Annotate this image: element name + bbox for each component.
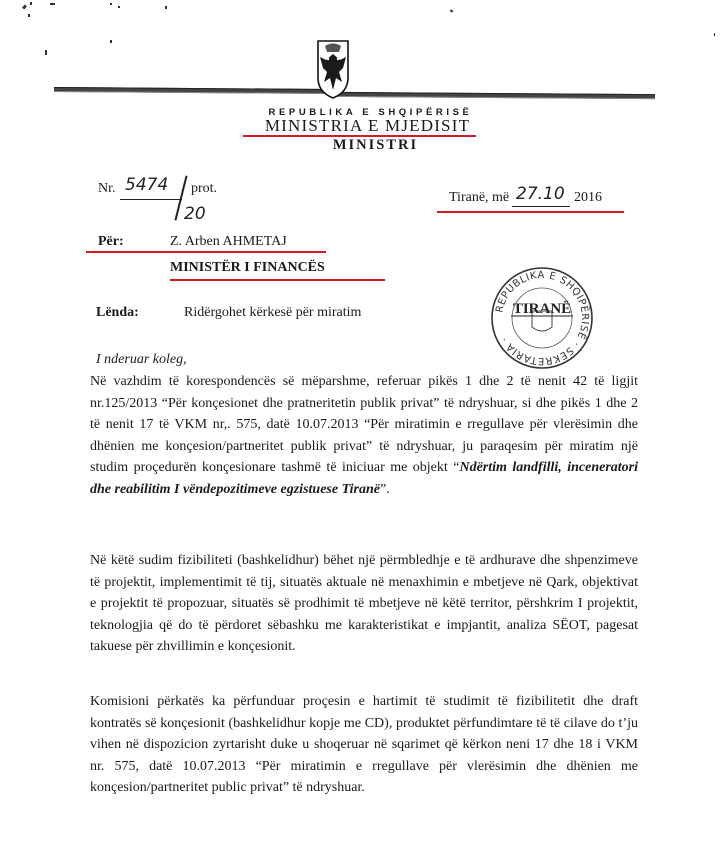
nr-underline: [120, 199, 182, 200]
paragraph-line: Komisioni përkatës ka përfunduar proçesi…: [90, 691, 638, 713]
paragraph-line: të nenit 17 të VKM nr,. 575, datë 10.07.…: [90, 414, 638, 436]
date-underline-annotation: [437, 211, 624, 213]
nr-label: Nr.: [98, 181, 116, 197]
paragraph-3: Komisioni përkatës ka përfunduar proçesi…: [90, 691, 638, 799]
paragraph-2: Në këtë sudim fizibiliteti (bashkelidhur…: [90, 550, 638, 658]
header-rule-right: [337, 92, 655, 99]
paragraph-line: studim proçedurën konçesionare tashmë të…: [90, 457, 638, 479]
paragraph-line: kontratës së konçesionit (bashkelidhur k…: [90, 713, 638, 735]
paragraph-line: teknologjia që do të përdoret sëbashku m…: [90, 615, 638, 637]
paragraph-line: dhe reabilitim I vëndepozitimeve egzistu…: [90, 479, 638, 501]
paragraph-line: e projektit të propozuar, situatës së pr…: [90, 593, 638, 615]
recipient-label: Për:: [98, 234, 124, 250]
official-stamp: REPUBLIKA E SHQIPËRISË · SEKRETARIA · TI…: [487, 263, 597, 373]
place-label: Tiranë, më: [449, 190, 509, 206]
paragraph-line: Në vazhdim të korespondencës së mëparshm…: [90, 371, 638, 393]
header-rule-left: [54, 87, 330, 94]
salutation: I nderuar koleg,: [96, 352, 187, 368]
date-handwritten: 27.10: [516, 184, 565, 204]
subject-text: Ridërgohet kërkesë për miratim: [184, 305, 361, 321]
svg-text:REPUBLIKA E SHQIPËRISË · SEKRE: REPUBLIKA E SHQIPËRISË · SEKRETARIA ·: [494, 270, 591, 366]
paragraph-line: dhënien me konçesion/partneritet publik …: [90, 436, 638, 458]
paragraph-line: takuese për zhvillimin e konçesionit.: [90, 636, 638, 658]
sub-value-handwritten: 20: [184, 204, 206, 224]
prot-label: prot.: [191, 181, 217, 197]
paragraph-line: nr.125/2013 “Për konçesionet dhe pratner…: [90, 393, 638, 415]
project-object-emphasis: Ndërtim landfilli, inceneratori: [459, 460, 638, 475]
title-underline-annotation: [170, 279, 385, 281]
subject-label: Lënda:: [96, 305, 139, 321]
nr-value-handwritten: 5474: [125, 175, 168, 195]
date-year: 2016: [574, 190, 602, 206]
date-underline: [512, 206, 570, 207]
project-object-emphasis-cont: dhe reabilitim I vëndepozitimeve egzistu…: [90, 482, 380, 497]
recipient-title: MINISTËR I FINANCËS: [170, 260, 325, 276]
paragraph-line: nr. 575, datë 10.07.2013 “Për miratimin …: [90, 756, 638, 778]
office-heading: MINISTRI: [0, 137, 723, 154]
paragraph-line: të projektit, implementimit të tij, situ…: [90, 572, 638, 594]
recipient-name: Z. Arben AHMETAJ: [170, 234, 287, 250]
paragraph-1: Në vazhdim të korespondencës së mëparshm…: [90, 371, 638, 501]
paragraph-line: vihen në dispozicion zyrtarisht duke u s…: [90, 734, 638, 756]
stamp-center-text: TIRANË: [513, 301, 571, 317]
paragraph-line: konçesion/partneritet public privat” të …: [90, 777, 638, 799]
line-suffix: ”.: [380, 482, 390, 497]
ministry-heading: MINISTRIA E MJEDISIT: [0, 116, 723, 136]
recipient-underline-annotation: [86, 251, 326, 253]
albanian-coat-of-arms-icon: [315, 38, 351, 100]
paragraph-line: Në këtë sudim fizibiliteti (bashkelidhur…: [90, 550, 638, 572]
line-prefix: studim proçedurën konçesionare tashmë të…: [90, 460, 459, 475]
